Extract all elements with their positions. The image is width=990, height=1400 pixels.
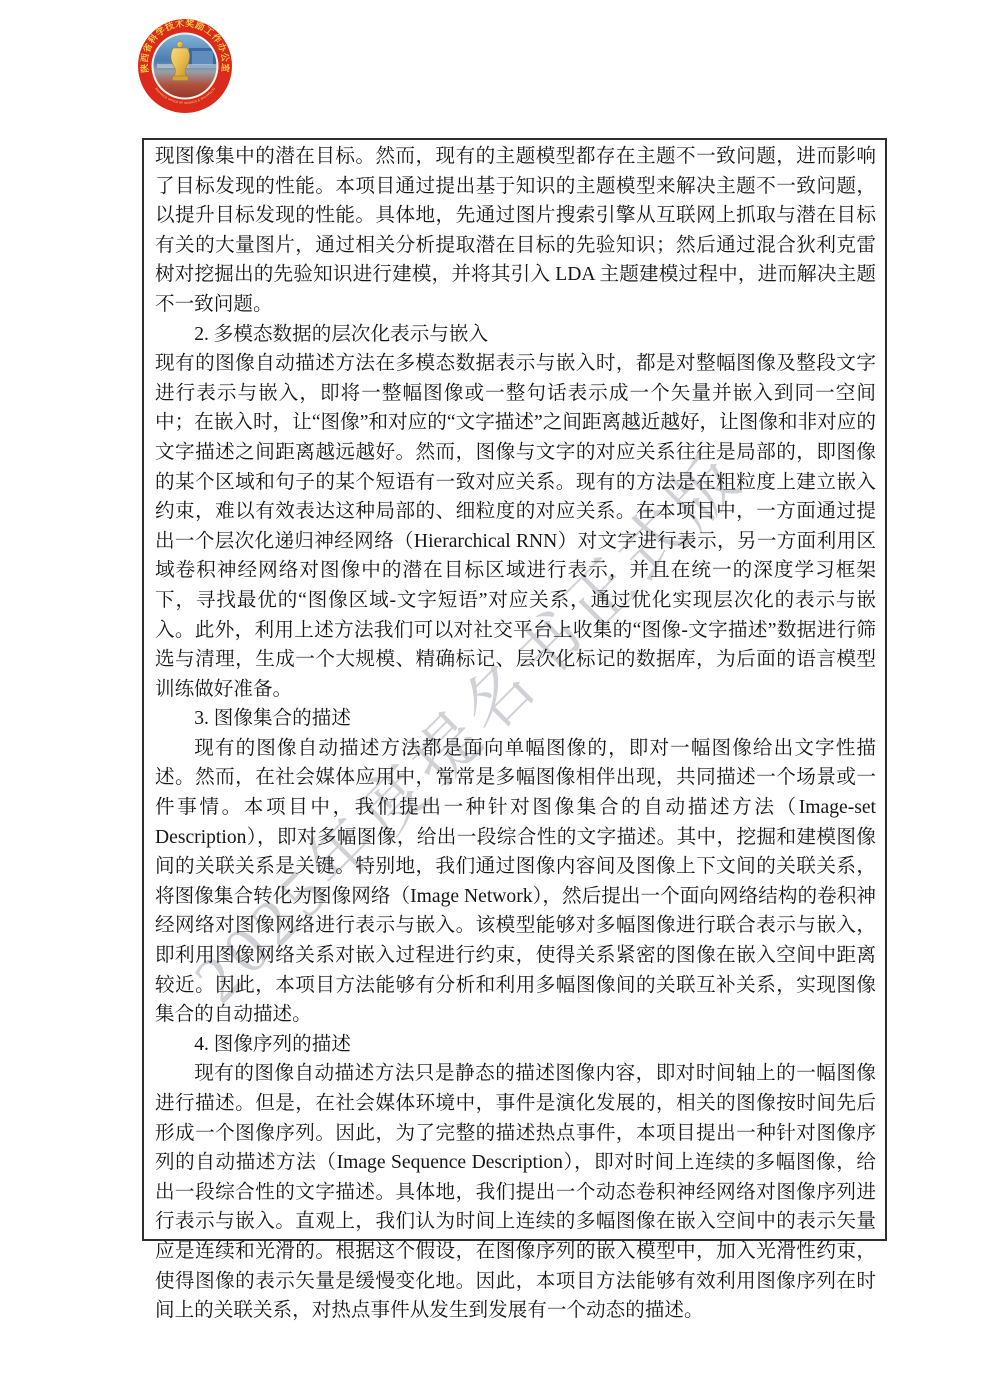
paragraph: 现有的图像自动描述方法只是静态的描述图像内容，即对时间轴上的一幅图像进行描述。但… [155, 1059, 876, 1325]
section-heading: 4. 图像序列的描述 [155, 1030, 876, 1060]
paragraph: 现图像集中的潜在目标。然而，现有的主题模型都存在主题不一致问题，进而影响了目标发… [155, 142, 876, 320]
paragraph: 现有的图像自动描述方法都是面向单幅图像的，即对一幅图像给出文字性描述。然而，在社… [155, 734, 876, 1030]
paragraph: 现有的图像自动描述方法在多模态数据表示与嵌入时，都是对整幅图像及整段文字进行表示… [155, 349, 876, 704]
scanned-document-page: 陕西省科学技术奖励工作办公室 SHAANXI PROVINCE OFFICE O… [0, 0, 990, 1400]
section-heading: 3. 图像集合的描述 [155, 704, 876, 734]
award-office-seal-graphic: 陕西省科学技术奖励工作办公室 SHAANXI PROVINCE OFFICE O… [137, 18, 233, 114]
document-text-box: 现图像集中的潜在目标。然而，现有的主题模型都存在主题不一致问题，进而影响了目标发… [142, 138, 887, 1241]
section-heading: 2. 多模态数据的层次化表示与嵌入 [155, 320, 876, 350]
award-office-seal: 陕西省科学技术奖励工作办公室 SHAANXI PROVINCE OFFICE O… [137, 18, 233, 114]
